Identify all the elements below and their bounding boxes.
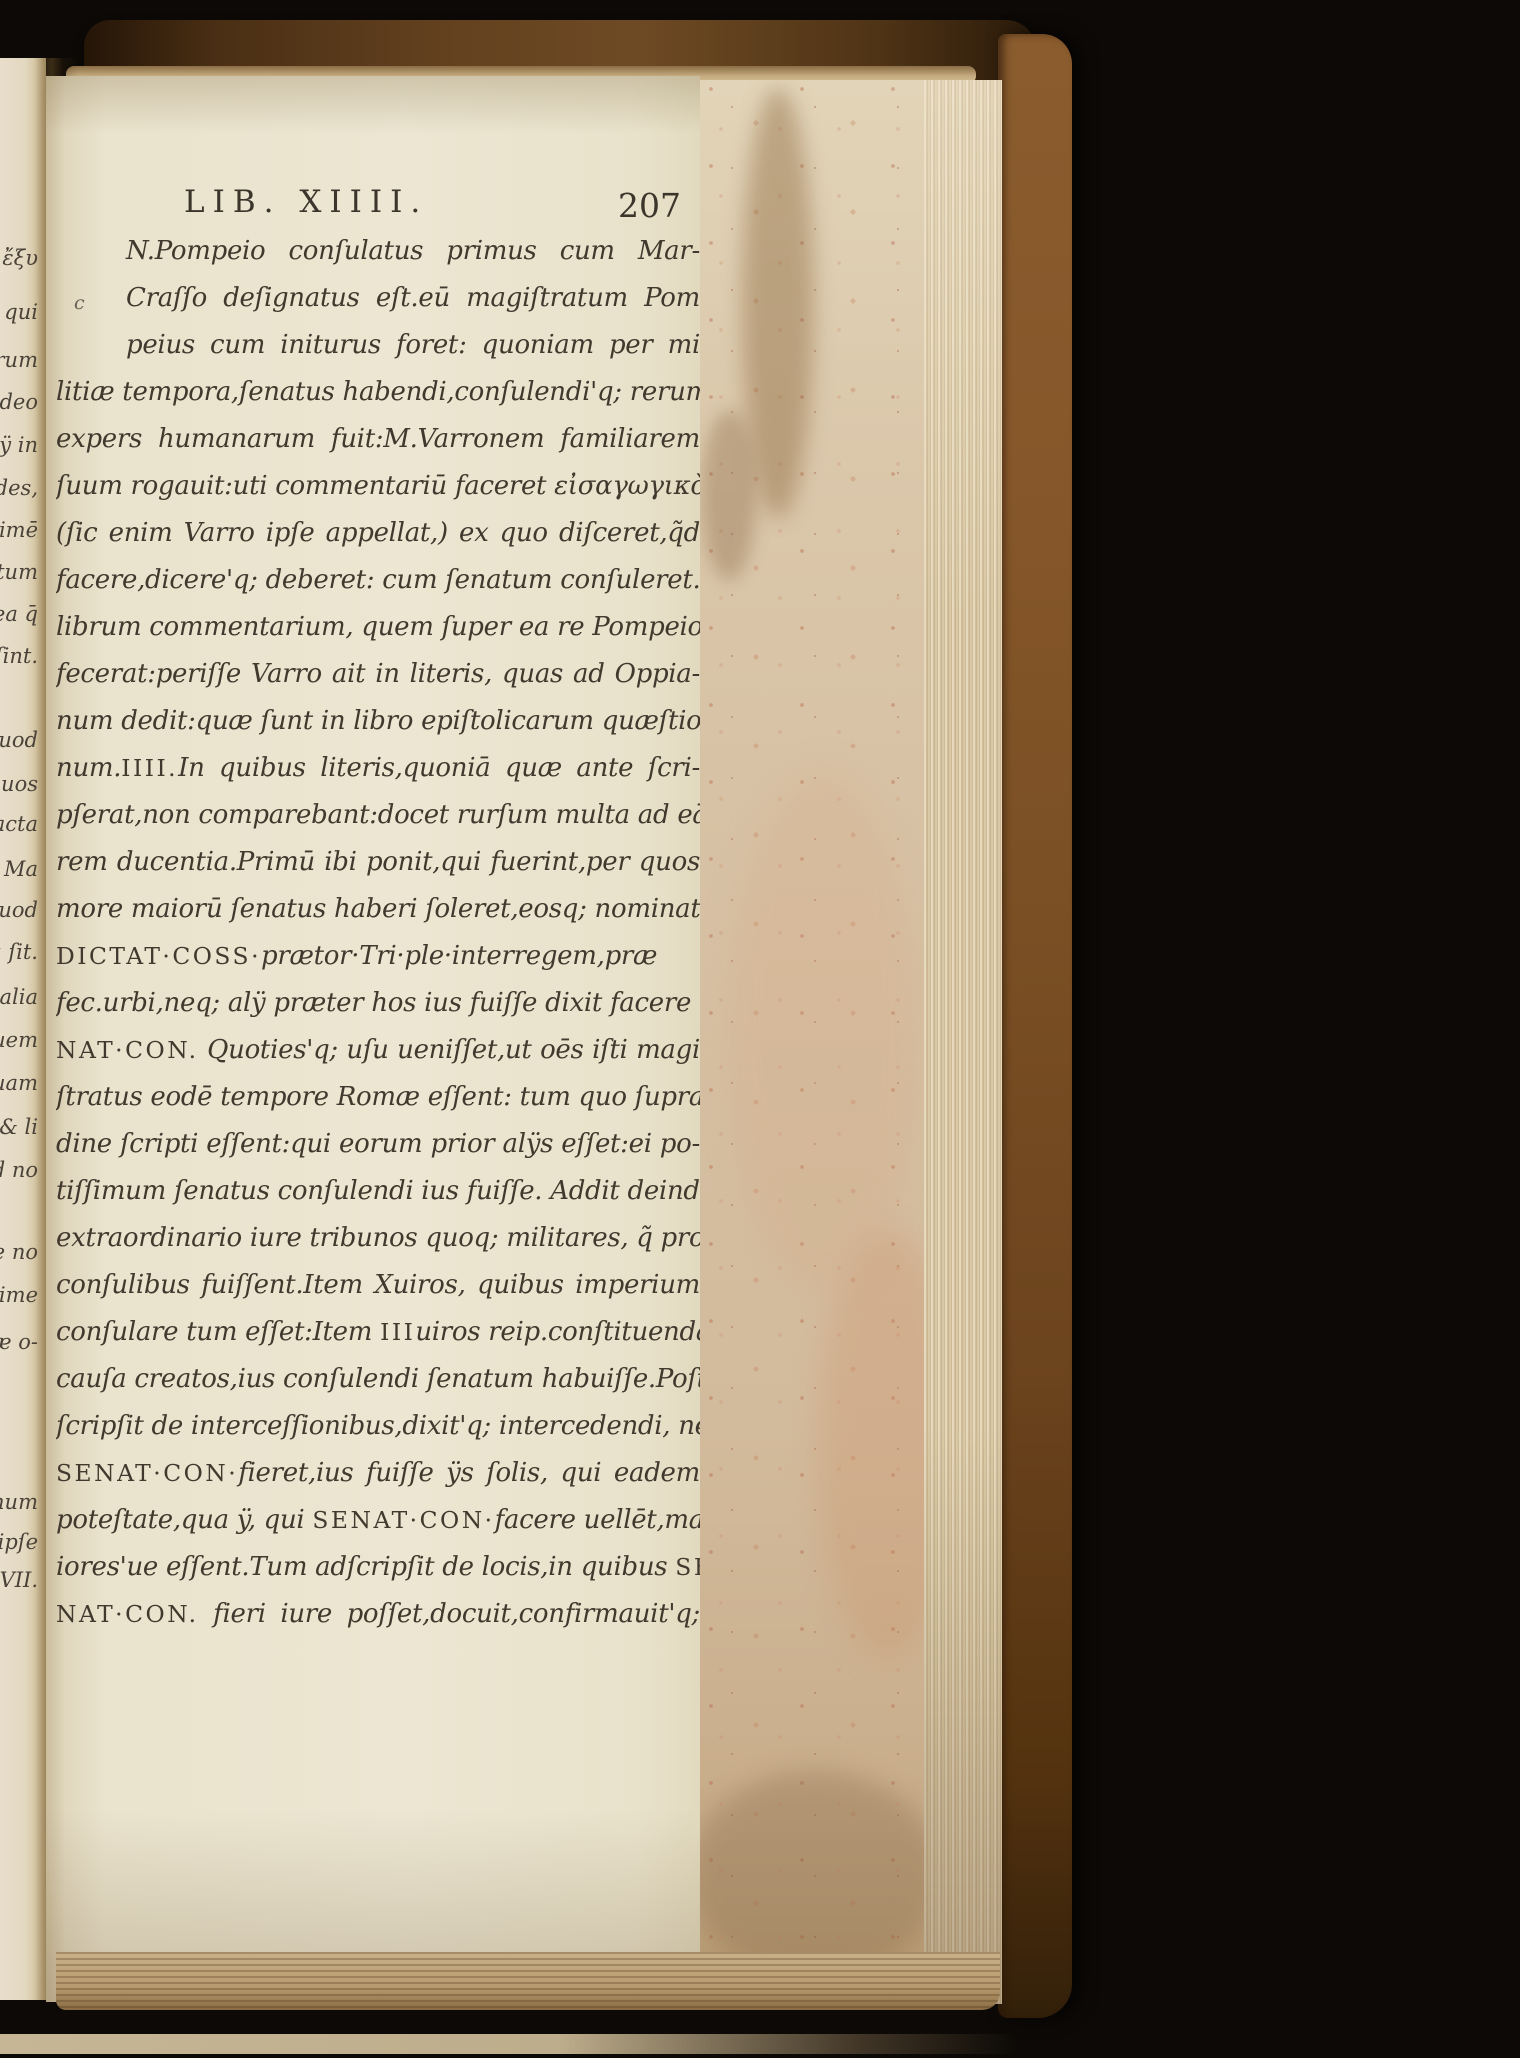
left-page-text-fragment: quos: [0, 772, 38, 796]
left-page-text-fragment: ææ no: [0, 1240, 38, 1264]
left-page-text-fragment: ſorum: [0, 348, 38, 372]
left-page-text-fragment: τῆ ἔξυ: [0, 246, 38, 270]
text-line: fec.urbi,neq; alÿ præter hos ius fuiſſe …: [56, 980, 700, 1027]
left-page-text-fragment: Q uod: [0, 728, 38, 752]
left-page-text-fragment: t acta: [0, 812, 38, 836]
text-line: pſerat,non comparebant:docet rurſum mult…: [56, 792, 700, 839]
left-page-text-fragment: Q uem: [0, 1028, 38, 1052]
left-page-text-fragment: quam: [0, 1071, 38, 1095]
book-cover-edge: [998, 34, 1072, 2018]
book-photo: τῆ ἔξυit , quiſorums adeoabÿ incudes,per…: [0, 0, 1520, 2058]
left-page-text-fragment: xime: [0, 1283, 38, 1307]
text-line: tiſſimum ſenatus conſulendi ius fuiſſe. …: [56, 1168, 700, 1215]
left-page-text-fragment: rea q̄: [0, 602, 38, 626]
text-line: Craſſo deſignatus eſt.eū magiſtratum Pom: [56, 275, 700, 322]
left-page-text-fragment: ā ſint.: [0, 644, 38, 668]
text-line: NAT·CON. fieri iure poſſet,docuit,confir…: [56, 1591, 700, 1638]
text-line: extraordinario iure tribunos quoq; milit…: [56, 1215, 700, 1262]
page-stack-fore-edge: [700, 80, 1002, 2004]
left-page-text-fragment: & li: [0, 1115, 38, 1139]
text-line: facere,dicere'q; deberet: cum ſenatum co…: [56, 557, 700, 604]
left-page-text-fragment: s adeo: [0, 390, 38, 414]
left-page-text-fragment: factum: [0, 560, 38, 584]
text-line: peius cum initurus foret: quoniam per mi: [56, 322, 700, 369]
page-header: LIB. XIIII.: [184, 184, 428, 220]
text-line: conſulare tum eſſet:Item IIIuiros reip.c…: [56, 1309, 700, 1356]
page-number: 207: [618, 186, 681, 225]
left-page-text-fragment: ipſe: [0, 1530, 38, 1554]
text-line: dine ſcripti eſſent:qui eorum prior alÿs…: [56, 1121, 700, 1168]
text-line: fecerat:periſſe Varro ait in literis, qu…: [56, 651, 700, 698]
text-line: ſcripſit de interceſſionibus,dixit'q; in…: [56, 1403, 700, 1450]
text-line: N.Pompeio conſulatus primus cum Mar-: [56, 228, 700, 275]
fore-edge-stain: [700, 1770, 940, 1980]
text-line: litiæ tempora,ſenatus habendi,conſulendi…: [56, 369, 700, 416]
left-page-text-fragment: a ſit.: [0, 940, 38, 964]
text-line: ſuum rogauit:uti commentariū faceret εἰσ…: [56, 463, 700, 510]
left-page-text-fragment: it , qui: [0, 300, 38, 324]
text-line: DICTAT·COSS·prætor·Tri·ple·interregem,pr…: [56, 933, 700, 980]
text-line: conſulibus fuiſſent.Item Xuiros, quibus …: [56, 1262, 700, 1309]
fore-edge-stain: [742, 88, 814, 518]
text-line: num dedit:quæ ſunt in libro epiſtolicaru…: [56, 698, 700, 745]
left-page-text-fragment: æ o-: [0, 1330, 38, 1354]
text-line: num.IIII.In quibus literis,quoniā quæ an…: [56, 745, 700, 792]
text-line: NAT·CON. Quoties'q; uſu ueniſſet,ut oēs …: [56, 1027, 700, 1074]
fore-edge-stain: [702, 410, 756, 580]
text-line: rem ducentia.Primū ibi ponit,qui fuerint…: [56, 839, 700, 886]
text-line: poteſtate,qua ÿ, qui SENAT·CON·facere ue…: [56, 1497, 700, 1544]
text-line: cauſa creatos,ius conſulendi ſenatum hab…: [56, 1356, 700, 1403]
book-bottom-edge: [56, 1952, 1000, 2010]
text-line: expers humanarum fuit:M.Varronem familia…: [56, 416, 700, 463]
left-page-text-fragment: perimē: [0, 518, 38, 542]
left-page-text-fragment: n alia: [0, 985, 38, 1009]
table-edge: [0, 2034, 1018, 2054]
text-line: iores'ue eſſent.Tum adſcripſit de locis,…: [56, 1544, 700, 1591]
fore-edge-stain: [728, 770, 918, 1290]
text-line: SENAT·CON·fieret,ius fuiſſe ÿs ſolis, qu…: [56, 1450, 700, 1497]
text-line: (ſic enim Varro ipſe appellat,) ex quo d…: [56, 510, 700, 557]
text-line: ſtratus eodē tempore Romæ eſſent: tum qu…: [56, 1074, 700, 1121]
text-block: N.Pompeio conſulatus primus cum Mar-Craſ…: [56, 228, 700, 1638]
left-page-text-fragment: ad no: [0, 1158, 38, 1182]
page-stack-striations: [924, 80, 1002, 2004]
left-page-text-fragment: Q uod: [0, 898, 38, 922]
text-line: librum commentarium, quem ſuper ea re Po…: [56, 604, 700, 651]
left-page-text-fragment: VII.: [0, 1568, 38, 1592]
left-page-text-fragment: num: [0, 1490, 38, 1514]
right-page: LIB. XIIII. 207 c N.Pompeio conſulatus p…: [46, 76, 700, 2002]
left-page-text-fragment: abÿ in: [0, 433, 38, 457]
text-line: more maiorū ſenatus haberi ſoleret,eosq;…: [56, 886, 700, 933]
left-page-text-fragment: cudes,: [0, 476, 38, 500]
left-page-text-fragment: d Ma: [0, 857, 38, 881]
